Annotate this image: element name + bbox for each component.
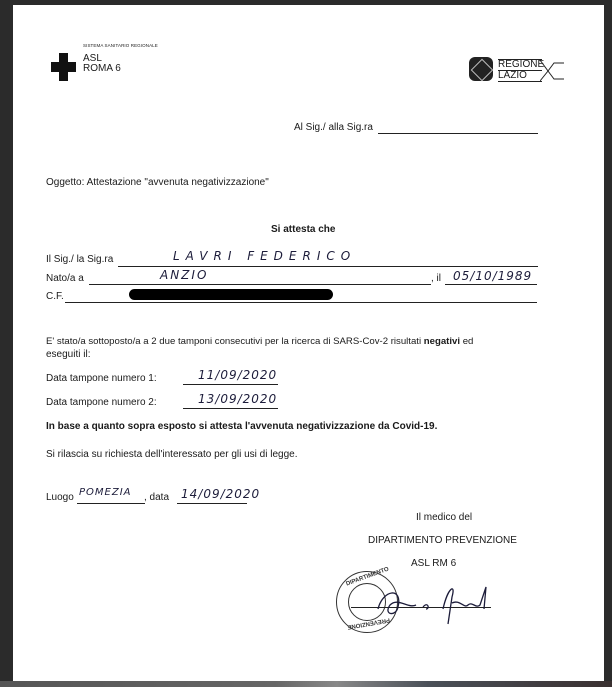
cf-field-line: [65, 302, 537, 303]
cf-label: C.F.: [46, 291, 64, 302]
birthdate-value: 05/10/1989: [453, 269, 532, 283]
regione-lazio-emblem-icon: [469, 57, 493, 81]
document-page: SISTEMA SANITARIO REGIONALE ASL ROMA 6 R…: [13, 5, 604, 681]
lazio-label: LAZIO: [498, 70, 542, 82]
birthplace-field-line: [89, 284, 431, 285]
name-label: Il Sig./ la Sig.ra: [46, 254, 113, 265]
date-value: 14/09/2020: [181, 487, 260, 501]
body-paragraph-line2: eseguiti il:: [46, 349, 90, 360]
place-label: Luogo: [46, 492, 74, 503]
addressee-field: [378, 133, 538, 134]
place-value: POMEZIA: [79, 487, 132, 498]
swab2-value: 13/09/2020: [198, 392, 277, 406]
regione-decoration-icon: [540, 59, 566, 83]
subject: Oggetto: Attestazione "avvenuta negativi…: [46, 177, 269, 188]
swab1-field-line: [183, 384, 278, 385]
swab1-label: Data tampone numero 1:: [46, 373, 157, 384]
signatory-line3: ASL RM 6: [411, 558, 456, 569]
name-value: LAVRI FEDERICO: [173, 249, 356, 263]
addressee-label: Al Sig./ alla Sig.ra: [294, 122, 373, 133]
cf-redaction: [129, 289, 333, 300]
logo-subtitle: SISTEMA SANITARIO REGIONALE: [83, 43, 158, 48]
birthdate-label: , il: [431, 273, 441, 284]
name-field-line: [118, 266, 538, 267]
cross-icon: [51, 53, 75, 81]
body-paragraph: E' stato/a sottoposto/a a 2 due tamponi …: [46, 336, 473, 347]
birthdate-field-line: [445, 284, 537, 285]
background-strip: [0, 681, 612, 687]
conclusion: In base a quanto sopra esposto si attest…: [46, 421, 437, 432]
signatory-line2: DIPARTIMENTO PREVENZIONE: [368, 535, 517, 546]
swab1-value: 11/09/2020: [198, 368, 277, 382]
release-note: Si rilascia su richiesta dell'interessat…: [46, 449, 297, 460]
birthplace-value: ANZIO: [160, 268, 208, 282]
date-field-line: [177, 503, 247, 504]
swab2-label: Data tampone numero 2:: [46, 397, 157, 408]
signatory-line1: Il medico del: [416, 512, 472, 523]
place-field-line: [77, 503, 145, 504]
regione-label: REGIONE: [498, 59, 542, 70]
swab2-field-line: [183, 408, 278, 409]
date-label: , data: [144, 492, 169, 503]
logo-roma: ROMA 6: [83, 63, 121, 74]
signature-icon: [368, 579, 498, 629]
birthplace-label: Nato/a a: [46, 273, 84, 284]
heading: Si attesta che: [271, 224, 335, 235]
